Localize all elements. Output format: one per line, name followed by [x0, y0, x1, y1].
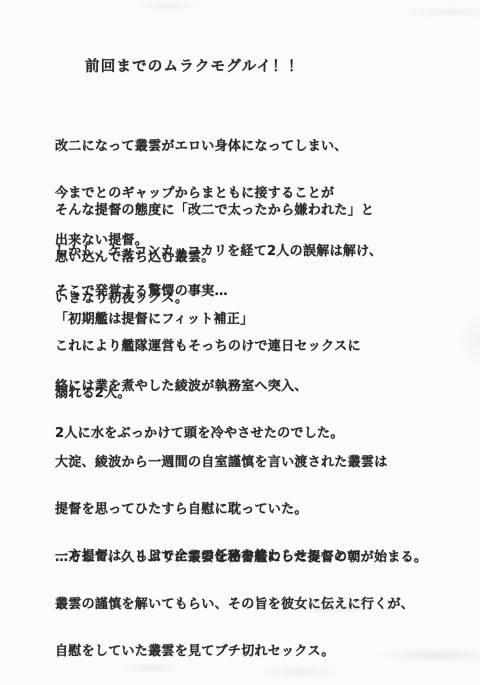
text-line: 自慰をしていた叢雲を見てブチ切れセックス。 [55, 644, 414, 660]
text-line: 叢雲の謹慎を解いてもらい、その旨を彼女に伝えに行くが、 [55, 597, 414, 613]
scanned-page: 前回までのムラクモグルイ！！ 改二になって叢雲がエロい身体になってしまい、 今ま… [0, 0, 480, 685]
text-line: 終には業を煮やした綾波が執務室へ突入、 [55, 379, 344, 395]
text-line: 改二になって叢雲がエロい身体になってしまい、 [55, 139, 348, 155]
text-line: 大淀、綾波から一週間の自室謹慎を言い渡された叢雲は [55, 455, 414, 471]
page-title: 前回までのムラクモグルイ！！ [85, 60, 304, 76]
text-line: 提督を思ってひたすら自慰に耽っていた。 [55, 502, 414, 518]
closing-line: …そして、久しぶりに叢雲を秘書艦にした提督の朝が始まる。 [55, 550, 427, 566]
